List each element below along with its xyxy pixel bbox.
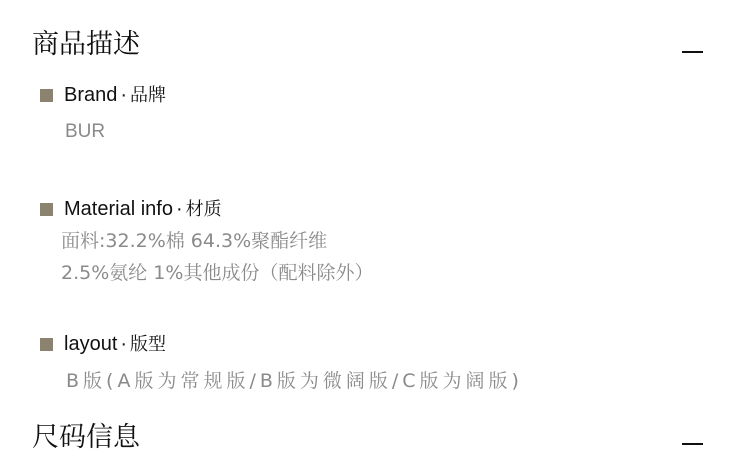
- label-en: layout: [64, 333, 117, 355]
- separator: ·: [120, 333, 127, 355]
- separator: ·: [176, 198, 183, 220]
- label-cn: 材质: [186, 199, 222, 220]
- label-en: Material info: [64, 198, 173, 220]
- item-label: Brand·品牌: [64, 85, 166, 105]
- separator: ·: [120, 84, 127, 106]
- section-title-size-info: 尺码信息: [32, 424, 140, 451]
- square-bullet-icon: [40, 203, 53, 216]
- minus-icon[interactable]: [682, 51, 703, 53]
- layout-value: B版(A版为常规版/B版为微阔版/C版为阔版): [66, 372, 523, 391]
- label-cn: 版型: [130, 334, 166, 355]
- label-cn: 品牌: [130, 85, 166, 106]
- label-en: Brand: [64, 84, 117, 106]
- item-brand-heading: Brand·品牌: [40, 83, 166, 107]
- section-title-product-description: 商品描述: [32, 31, 140, 58]
- material-value-line-2: 2.5%氨纶 1%其他成份（配料除外）: [61, 264, 373, 283]
- square-bullet-icon: [40, 338, 53, 351]
- item-layout-heading: layout·版型: [40, 332, 166, 356]
- minus-icon[interactable]: [682, 443, 703, 445]
- item-label: Material info·材质: [64, 199, 222, 219]
- item-material-heading: Material info·材质: [40, 197, 222, 221]
- brand-value: BUR: [65, 122, 105, 141]
- item-label: layout·版型: [64, 334, 166, 354]
- square-bullet-icon: [40, 89, 53, 102]
- material-value-line-1: 面料:32.2%棉 64.3%聚酯纤维: [61, 232, 327, 251]
